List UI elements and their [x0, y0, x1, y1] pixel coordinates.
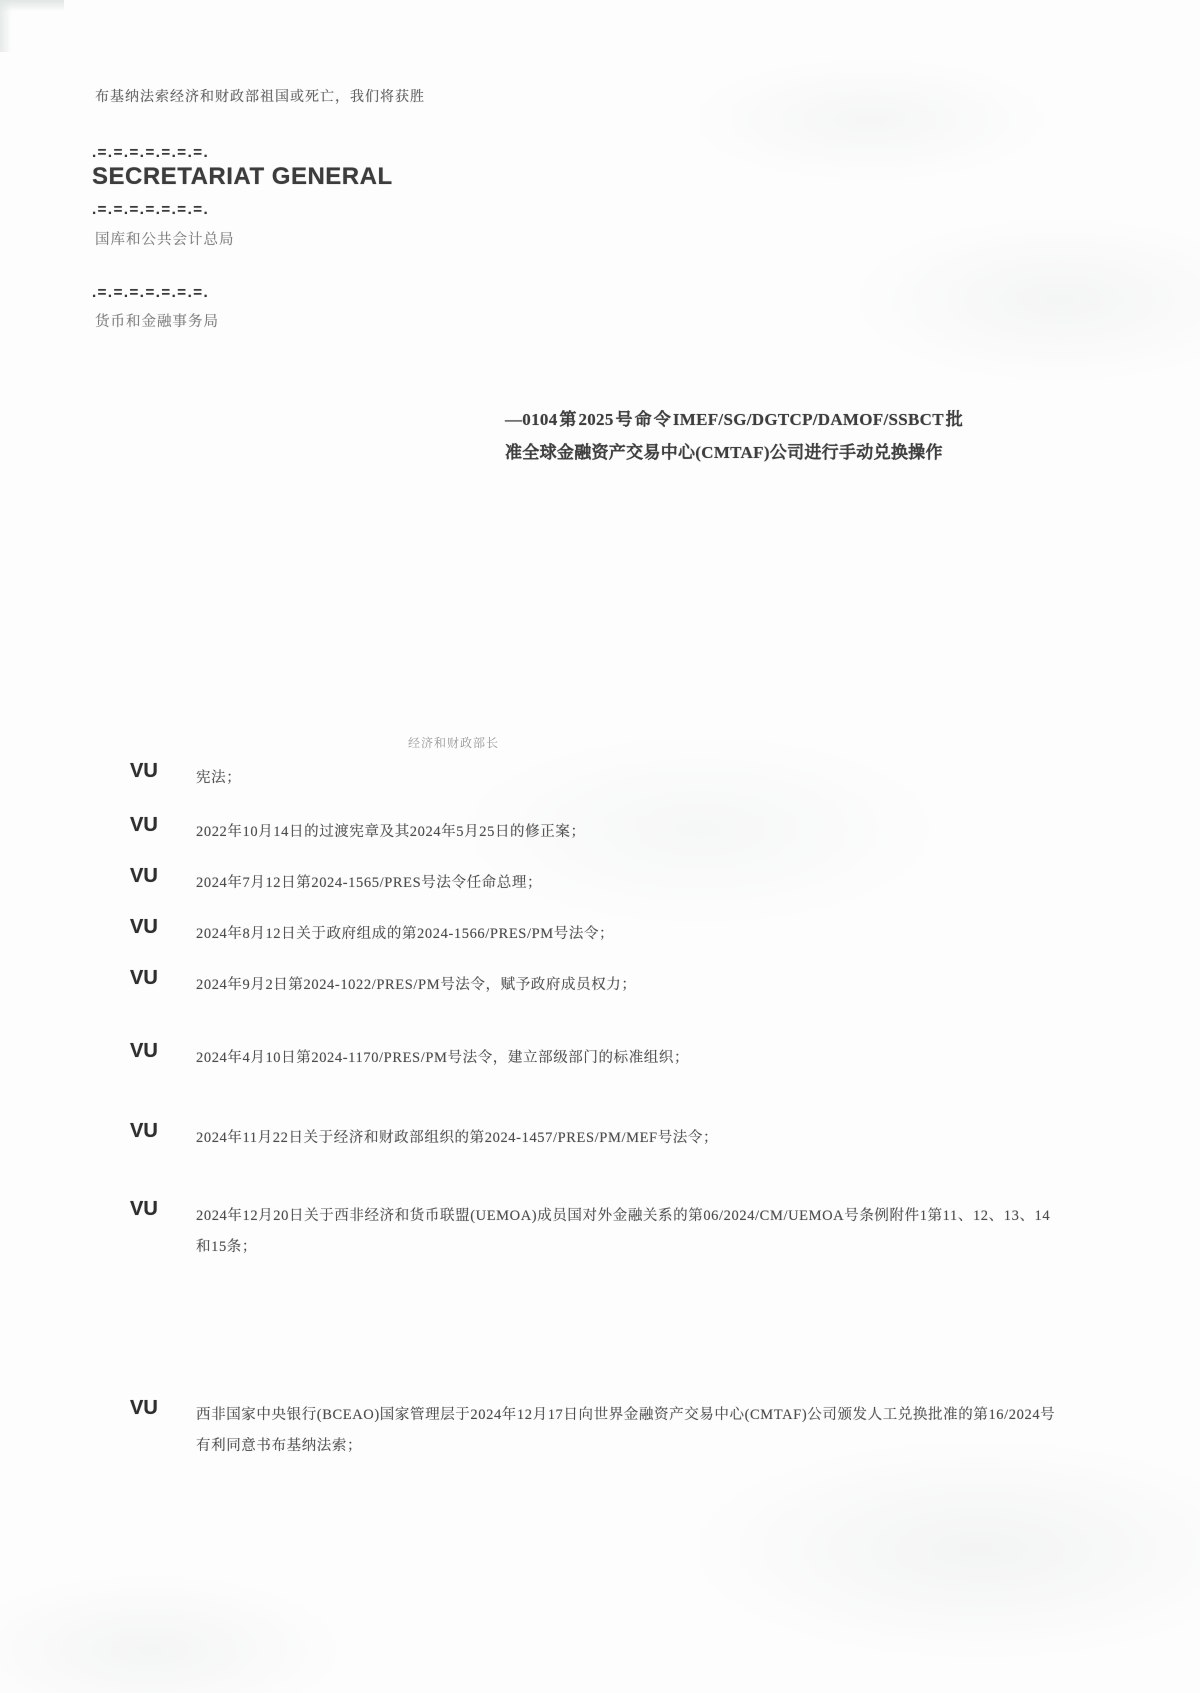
scan-corner-artifact — [0, 0, 64, 52]
vu-item: VU 西非国家中央银行(BCEAO)国家管理层于2024年12月17日向世界金融… — [130, 1397, 1060, 1462]
vu-label: VU — [130, 1040, 196, 1074]
vu-item-text: 2024年8月12日关于政府组成的第2024-1566/PRES/PM号法令； — [196, 916, 1060, 950]
vu-item: VU 2022年10月14日的过渡宪章及其2024年5月25日的修正案； — [130, 814, 1060, 848]
vu-item-text: 2022年10月14日的过渡宪章及其2024年5月25日的修正案； — [196, 814, 1060, 848]
vu-label: VU — [130, 760, 196, 794]
scanned-document-page: 布基纳法索经济和财政部祖国或死亡，我们将获胜 .=.=.=.=.=.=.=. S… — [0, 0, 1200, 1693]
vu-item-text: 2024年9月2日第2024-1022/PRES/PM号法令，赋予政府成员权力； — [196, 967, 1060, 1001]
order-reference-paragraph: —0104第2025号命令IMEF/SG/DGTCP/DAMOF/SSBCT批准… — [505, 403, 963, 469]
separator-line: .=.=.=.=.=.=.=. — [92, 201, 209, 218]
vu-item-text: 宪法； — [196, 760, 1060, 794]
vu-item: VU 2024年9月2日第2024-1022/PRES/PM号法令，赋予政府成员… — [130, 967, 1060, 1001]
vu-label: VU — [130, 1397, 196, 1462]
vu-label: VU — [130, 916, 196, 950]
vu-label: VU — [130, 967, 196, 1001]
vu-item-text: 2024年12月20日关于西非经济和货币联盟(UEMOA)成员国对外金融关系的第… — [196, 1198, 1060, 1263]
ministry-motto: 布基纳法索经济和财政部祖国或死亡，我们将获胜 — [95, 86, 425, 106]
vu-label: VU — [130, 865, 196, 899]
vu-item: VU 2024年12月20日关于西非经济和货币联盟(UEMOA)成员国对外金融关… — [130, 1198, 1060, 1263]
vu-item-text: 西非国家中央银行(BCEAO)国家管理层于2024年12月17日向世界金融资产交… — [196, 1397, 1060, 1462]
vu-item-text: 2024年7月12日第2024-1565/PRES号法令任命总理； — [196, 865, 1060, 899]
vu-item: VU 2024年8月12日关于政府组成的第2024-1566/PRES/PM号法… — [130, 916, 1060, 950]
department-monetary-label: 货币和金融事务局 — [95, 310, 219, 331]
vu-item: VU 2024年11月22日关于经济和财政部组织的第2024-1457/PRES… — [130, 1120, 1060, 1154]
vu-item-text: 2024年11月22日关于经济和财政部组织的第2024-1457/PRES/PM… — [196, 1120, 1060, 1154]
separator-line: .=.=.=.=.=.=.=. — [92, 284, 209, 301]
vu-label: VU — [130, 1198, 196, 1263]
separator-line: .=.=.=.=.=.=.=. — [92, 144, 209, 161]
vu-item: VU 2024年7月12日第2024-1565/PRES号法令任命总理； — [130, 865, 1060, 899]
vu-item: VU 2024年4月10日第2024-1170/PRES/PM号法令，建立部级部… — [130, 1040, 1060, 1074]
vu-label: VU — [130, 1120, 196, 1154]
department-treasury-label: 国库和公共会计总局 — [95, 228, 235, 249]
vu-label: VU — [130, 814, 196, 848]
vu-item-text: 2024年4月10日第2024-1170/PRES/PM号法令，建立部级部门的标… — [196, 1040, 1060, 1074]
secretariat-general-title: SECRETARIAT GENERAL — [92, 163, 393, 191]
minister-title-line: 经济和财政部长 — [408, 734, 499, 751]
vu-item: VU 宪法； — [130, 760, 1060, 794]
